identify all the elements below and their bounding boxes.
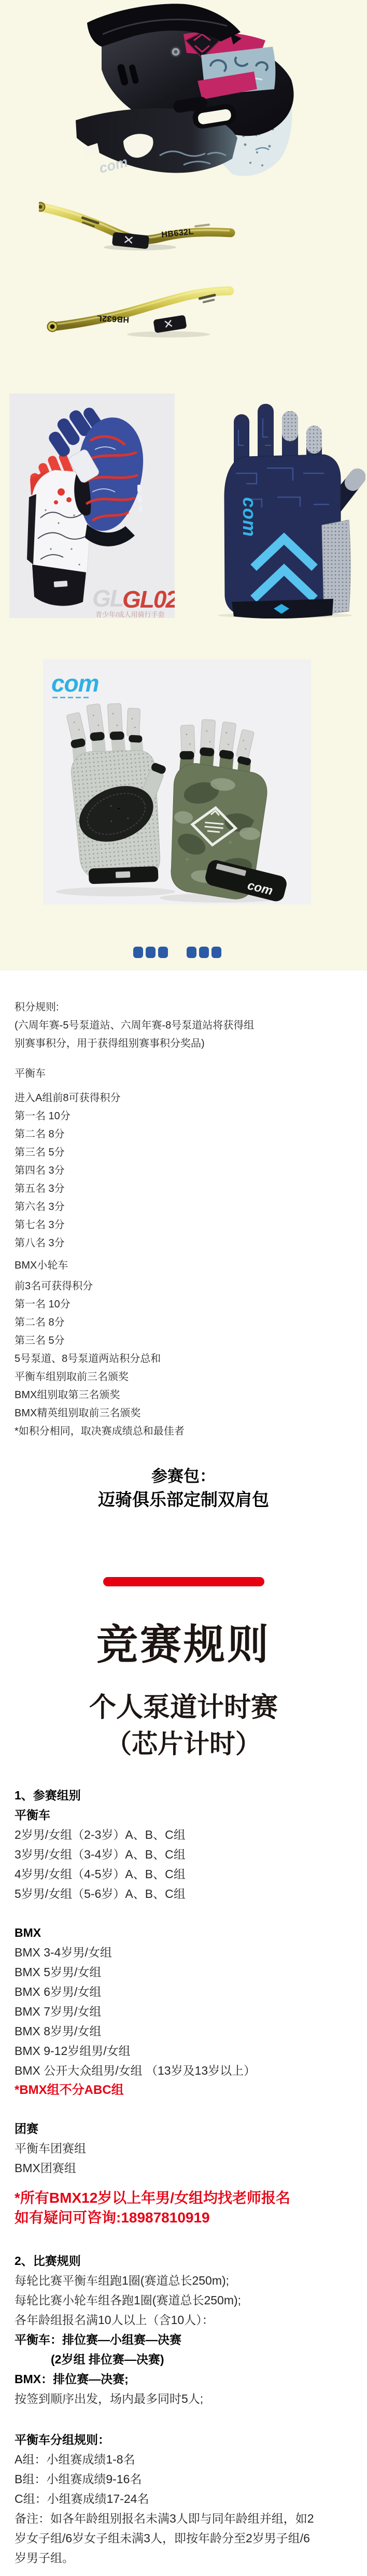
com-logo-subtext-marks [52,697,89,698]
text-line: BMX 5岁男/女组 [15,1962,360,1982]
promo-long-image-page: com HB632L [0,0,367,2576]
event-name-title: 个人泵道计时赛 [0,1692,367,1723]
text-line: A组：小组赛成绩1-8名 [15,2450,360,2469]
dot [187,947,196,958]
gl02-gloves-illustration: GL GL02 青少年/成人用骑行手套 [9,393,175,618]
text-line: BMX 7岁男/女组 [15,2002,360,2021]
text-line: (六周年赛-5号泵道站、六周年赛-8号泵道站将获得组 [15,1017,360,1035]
text-line: 平衡车组别取前三名颁奖 [15,1368,360,1386]
text-line: BMX 8岁男/女组 [15,2021,360,2041]
dot [158,947,168,958]
competition-rules-banner: 竞赛规则 个人泵道计时赛 （芯片计时） [0,1577,367,1759]
text-line: 进入A组前8可获得积分 [15,1089,360,1107]
text-line: 平衡车：排位赛—小组赛—决赛 [15,2330,360,2349]
text-line: 团赛 [15,2119,360,2138]
gl02-gloves-photo: GL GL02 青少年/成人用骑行手套 [9,393,175,618]
green-camo-halffinger-glove: com [164,717,302,904]
halffinger-gloves-illustration: com [43,659,311,905]
gl02-badge-prefix: GL [92,585,123,612]
text-line: *所有BMX12岁以上年男/女组均找老师报名 [15,2188,360,2208]
text-line: BMX团赛组 [15,2158,360,2178]
handlebar-model-text-mirrored: HB632L [96,314,129,324]
text-line: *BMX组不分ABC组 [15,2080,360,2100]
text-line: *如积分相同，取决赛成绩总和最佳者 [15,1423,360,1441]
hero-product-collage: com HB632L [0,0,367,970]
package-subtitle: 迈骑俱乐部定制双肩包 [0,1488,367,1512]
text-line: 5岁男/女组（5-6岁）A、B、C组 [15,1884,360,1904]
text-line: 5号泵道、8号泵道两站积分总和 [15,1350,360,1368]
divider-dots [133,947,221,958]
text-line: 第八名 3分 [15,1234,360,1252]
text-line: 备注：如各年龄组别报名未满3人即与同年龄组并组，如2 [15,2509,360,2528]
gray-halffinger-glove [63,698,177,889]
text-line: BMX小轮车 [15,1257,360,1275]
race-package-block: 参赛包： 迈骑俱乐部定制双肩包 [0,1466,367,1512]
com-logo-text: com [51,670,99,697]
text-line: BMX 公开大众组男/女组 （13岁及13岁以上） [15,2061,360,2080]
handlebar-image-1: HB632L [39,200,236,251]
text-line: 第一名 10分 [15,1296,360,1314]
handlebar-image-2: HB632L [44,285,236,340]
text-line: BMX：排位赛—决赛; [15,2369,360,2389]
points-rules-block: 积分规则:(六周年赛-5号泵道站、六周年赛-8号泵道站将获得组别赛事积分，用于获… [0,970,367,1441]
text-line: 第七名 3分 [15,1216,360,1234]
rules-text-block: 1、参赛组别平衡车2岁男/女组（2-3岁）A、B、C组3岁男/女组（3-4岁）A… [0,1759,367,2576]
text-line: BMX 3-4岁男/女组 [15,1942,360,1962]
text-line: 2岁男/女组（2-3岁）A、B、C组 [15,1825,360,1845]
text-line: 岁女子组/6岁女子组未满3人，即按年龄分至2岁男子组/6 [15,2528,360,2548]
text-line: 第四名 3分 [15,1162,360,1180]
dot [199,947,209,958]
text-line: BMX精英组别取前三名颁奖 [15,1404,360,1423]
text-line: 每轮比赛平衡车组跑1圈(赛道总长250m); [15,2271,360,2290]
text-line: BMX 9-12岁组男/女组 [15,2041,360,2061]
text-line: 第三名 5分 [15,1332,360,1350]
text-line: C组：小组赛成绩17-24名 [15,2489,360,2509]
text-line: 3岁男/女组（3-4岁）A、B、C组 [15,1845,360,1864]
text-line: 第二名 8分 [15,1125,360,1144]
text-line: 平衡车分组规则： [15,2430,360,2450]
dot [133,947,143,958]
text-line: 第一名 10分 [15,1107,360,1125]
text-line: 第六名 3分 [15,1198,360,1216]
package-title: 参赛包： [0,1466,367,1487]
text-line: 平衡车 [15,1805,360,1825]
text-line: BMX组别取第三名颁奖 [15,1386,360,1404]
glove-com-logo-text: com [239,497,260,537]
competition-rules-title: 竞赛规则 [0,1622,367,1668]
text-line: BMX [15,1923,360,1942]
text-line: BMX 6岁男/女组 [15,1982,360,2002]
text-line: B组：小组赛成绩9-16名 [15,2469,360,2489]
text-line: 平衡车 [15,1065,360,1083]
text-line: 岁男子组。 [15,2548,360,2568]
handlebar-clamp-pad [153,315,187,333]
dot [146,947,156,958]
gl02-badge: GL02 [122,586,175,613]
timing-method-title: （芯片计时） [0,1728,367,1759]
text-line: 积分规则: [15,998,360,1017]
text-line: 别赛事积分，用于获得组别赛事积分奖品) [15,1035,360,1053]
text-line: 如有疑问可咨询:18987810919 [15,2208,360,2228]
dot [211,947,221,958]
text-line: 每轮比赛小轮车组各跑1圈(赛道总长250m); [15,2290,360,2310]
text-line: 前3名可获得积分 [15,1277,360,1296]
text-line: 第二名 8分 [15,1314,360,1332]
text-line: 第三名 5分 [15,1144,360,1162]
text-line: 各年龄组报名满10人以上（含10人）： [15,2310,360,2330]
handlebar-model-text: HB632L [161,228,194,240]
rules-content: 积分规则:(六周年赛-5号泵道站、六周年赛-8号泵道站将获得组别赛事积分，用于获… [0,970,367,2576]
text-line: (2岁组 排位赛—决赛) [15,2349,360,2369]
text-line: 4岁男/女组（4-5岁）A、B、C组 [15,1864,360,1884]
red-divider-bar [103,1577,264,1586]
fullface-helmet-image: com [72,2,300,185]
text-line: 按签到顺序出发，场内最多同时5人; [15,2389,360,2409]
text-line: 2、比赛规则 [15,2251,360,2271]
text-line: 第五名 3分 [15,1180,360,1198]
text-line: 1、参赛组别 [15,1785,360,1805]
helmet-brand-text: com [97,154,129,176]
text-line: 平衡车团赛组 [15,2138,360,2158]
blue-glove-image: com [200,396,365,618]
gl02-caption: 青少年/成人用骑行手套 [95,611,165,618]
halffinger-gloves-photo: com [43,659,311,905]
